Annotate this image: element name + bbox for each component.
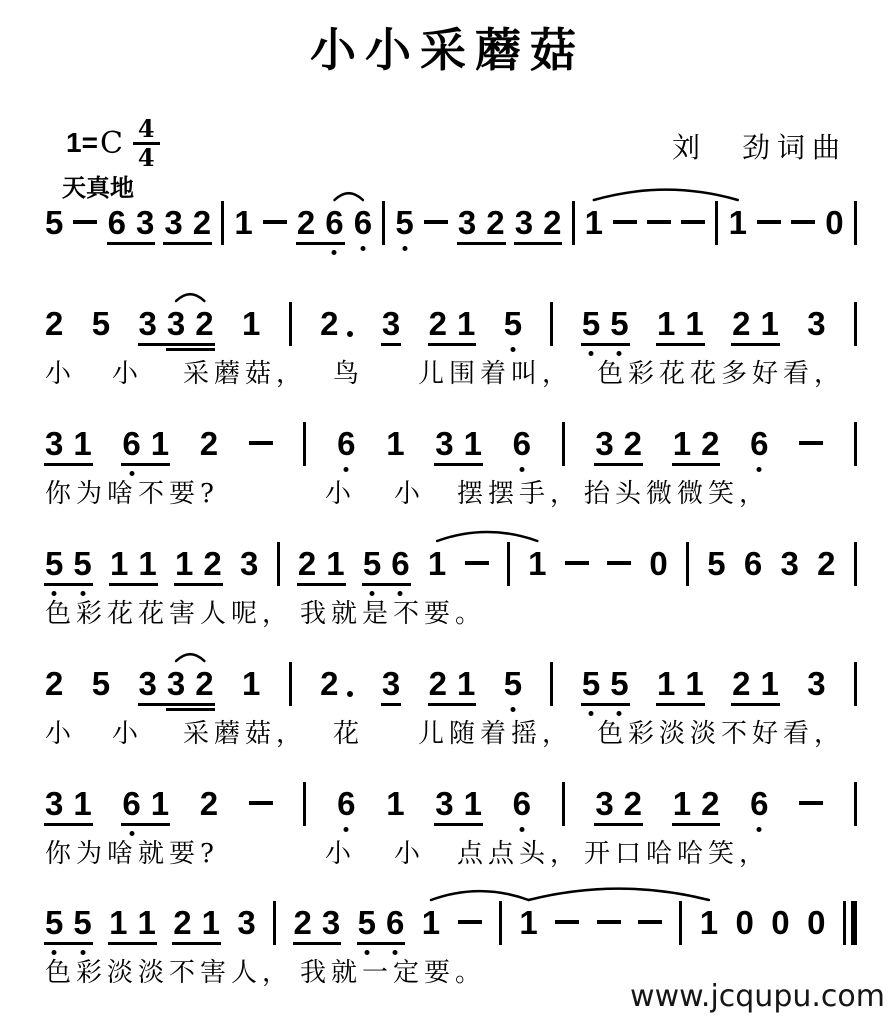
barline [289, 662, 292, 706]
lyric-segment: 开口哈哈笑， [584, 833, 770, 870]
note-digit: 3 [136, 206, 154, 239]
duration-dash [757, 220, 781, 224]
beamed-note-group: 56 [363, 547, 410, 580]
note-5: 5 [363, 547, 381, 580]
barline [303, 422, 306, 466]
note-0: 0 [649, 547, 667, 580]
note-3: 3 [515, 206, 533, 239]
note-digit: 1 [464, 787, 482, 820]
note-5: 5 [395, 206, 413, 239]
tempo-marking: 天真地 [62, 168, 134, 203]
note-1: 1 [673, 427, 691, 460]
lyric-segment: 小 [325, 473, 356, 510]
music-line-7: 55112132356111000 [45, 906, 857, 945]
note-digit: 3 [237, 906, 255, 939]
note-3: 3 [382, 307, 400, 340]
note-digit: 3 [807, 307, 825, 340]
barline [499, 901, 502, 945]
note-1: 1 [685, 307, 703, 340]
lyric-segment: 抬头微微笑， [584, 473, 770, 510]
composer-credit: 刘 劲词曲 [672, 126, 847, 166]
note-3: 3 [45, 787, 63, 820]
note-1: 1 [464, 787, 482, 820]
note-1: 1 [428, 547, 446, 580]
note-digit: 3 [382, 667, 400, 700]
lyric-segment: 色彩淡淡不害人， [45, 952, 293, 989]
note-2: 2 [732, 667, 750, 700]
duration-dash [249, 441, 273, 445]
note-2: 2 [624, 427, 642, 460]
note-1: 1 [242, 667, 260, 700]
note-digit: 5 [45, 906, 63, 939]
note-1: 1 [234, 206, 252, 239]
note-2: 2 [320, 307, 353, 340]
lyric-segment: 儿随着摇， [418, 713, 573, 750]
note-digit: 2 [294, 906, 312, 939]
note-digit: 0 [771, 906, 789, 939]
note-digit: 6 [391, 547, 409, 580]
note-digit: 0 [649, 547, 667, 580]
note-3: 3 [322, 906, 340, 939]
barline [679, 901, 682, 945]
note-5: 5 [45, 206, 63, 239]
note-2: 2 [193, 206, 211, 239]
note-digit: 2 [45, 307, 63, 340]
note-digit: 6 [337, 787, 355, 820]
beamed-note-group: 32 [164, 206, 211, 239]
barline [382, 201, 385, 245]
note-3: 3 [240, 547, 258, 580]
beamed-note-group: 55 [582, 667, 629, 700]
note-1: 1 [326, 547, 344, 580]
note-digit: 2 [701, 787, 719, 820]
note-digit: 3 [240, 547, 258, 580]
note-2: 2 [173, 906, 191, 939]
lyric-segment: 色彩花花多好看， [597, 353, 845, 390]
tie-arc [176, 654, 204, 661]
barline [550, 662, 553, 706]
duration-dash [681, 220, 705, 224]
note-digit: 5 [504, 307, 522, 340]
final-barline-thin [843, 901, 846, 945]
beamed-note-group: 26 [297, 206, 344, 239]
lyric-segment: 小 [112, 713, 143, 750]
beamed-note-group: 32 [595, 427, 642, 460]
barline [273, 901, 276, 945]
barline [277, 542, 280, 586]
note-digit: 5 [73, 906, 91, 939]
duration-dash [565, 561, 589, 565]
note-6: 6 [337, 787, 355, 820]
lyric-segment: 儿围着叫， [418, 353, 573, 390]
note-1: 1 [685, 667, 703, 700]
beamed-note-group: 55 [45, 547, 92, 580]
sixteenth-sub-group: 32 [167, 307, 214, 340]
note-digit: 5 [92, 307, 110, 340]
note-digit: 2 [195, 667, 213, 700]
note-digit: 3 [435, 787, 453, 820]
note-1: 1 [151, 427, 169, 460]
beamed-note-group: 11 [657, 667, 704, 700]
lyric-segment: 你为啥就要? [45, 833, 219, 870]
beamed-note-group: 11 [110, 547, 157, 580]
duration-dash [458, 920, 482, 924]
key-prefix: 1= [66, 127, 98, 159]
note-2: 2 [701, 427, 719, 460]
note-5: 5 [73, 547, 91, 580]
note-2: 2 [543, 206, 561, 239]
music-line-1: 56332126653232110 [45, 206, 857, 245]
music-line-3: 316126131632126 [45, 427, 857, 466]
note-5: 5 [73, 906, 91, 939]
duration-dash [465, 561, 489, 565]
note-6: 6 [354, 206, 372, 239]
note-6: 6 [513, 787, 531, 820]
lyric-segment: 小 [394, 473, 425, 510]
note-digit: 2 [320, 667, 338, 700]
note-3: 3 [382, 667, 400, 700]
beamed-note-group: 32 [595, 787, 642, 820]
note-digit: 2 [701, 427, 719, 460]
note-5: 5 [582, 667, 600, 700]
lyric-segment: 色彩花花害人呢， [45, 593, 293, 630]
duration-dash [647, 220, 671, 224]
note-3: 3 [139, 307, 157, 340]
beamed-note-group: 12 [673, 427, 720, 460]
note-6: 6 [386, 906, 404, 939]
note-digit: 1 [138, 547, 156, 580]
barline [289, 302, 292, 346]
note-digit: 1 [151, 787, 169, 820]
note-3: 3 [595, 427, 613, 460]
duration-dash [73, 220, 97, 224]
note-5: 5 [45, 547, 63, 580]
note-6: 6 [122, 787, 140, 820]
note-3: 3 [164, 206, 182, 239]
beamed-note-group: 56 [358, 906, 405, 939]
lyric-segment: 我就是不要。 [300, 593, 486, 630]
note-digit: 2 [200, 427, 218, 460]
note-3: 3 [45, 427, 63, 460]
note-digit: 3 [45, 787, 63, 820]
lyric-segment: 小 [45, 713, 76, 750]
note-digit: 3 [382, 307, 400, 340]
note-digit: 5 [582, 667, 600, 700]
note-digit: 2 [298, 547, 316, 580]
augmentation-dot [347, 331, 353, 337]
note-digit: 1 [760, 307, 778, 340]
note-1: 1 [386, 427, 404, 460]
note-1: 1 [657, 667, 675, 700]
lyric-segment: 采蘑菇， [183, 713, 307, 750]
note-digit: 1 [110, 547, 128, 580]
time-signature: 4 4 [133, 116, 160, 171]
note-6: 6 [750, 427, 768, 460]
beamed-note-group: 12 [175, 547, 222, 580]
note-digit: 2 [486, 206, 504, 239]
note-digit: 3 [164, 206, 182, 239]
beamed-note-group: 332 [139, 307, 214, 340]
note-2: 2 [320, 667, 353, 700]
music-line-5: 253321232155511213 [45, 667, 857, 706]
beamed-note-group: 31 [45, 427, 92, 460]
note-digit: 2 [732, 667, 750, 700]
note-digit: 1 [519, 906, 537, 939]
note-1: 1 [242, 307, 260, 340]
note-digit: 1 [428, 547, 446, 580]
beamed-note-group: 332 [139, 667, 214, 700]
low-octave-dot [519, 467, 524, 472]
barline [507, 542, 510, 586]
note-digit: 5 [582, 307, 600, 340]
note-5: 5 [358, 906, 376, 939]
note-digit: 2 [203, 547, 221, 580]
low-octave-dot [402, 246, 407, 251]
tie-arc [431, 891, 529, 900]
note-1: 1 [73, 787, 91, 820]
note-3: 3 [807, 667, 825, 700]
tie-arc [529, 889, 709, 900]
note-digit: 6 [513, 787, 531, 820]
note-1: 1 [700, 906, 718, 939]
note-3: 3 [458, 206, 476, 239]
low-octave-dot [360, 246, 365, 251]
low-octave-dot [519, 827, 524, 832]
time-signature-numerator: 4 [133, 116, 160, 145]
lyric-segment: 采蘑菇， [183, 353, 307, 390]
note-6: 6 [108, 206, 126, 239]
beamed-note-group: 32 [515, 206, 562, 239]
lyric-segment: 点点头， [457, 833, 581, 870]
note-1: 1 [673, 787, 691, 820]
note-digit: 1 [685, 667, 703, 700]
note-digit: 2 [543, 206, 561, 239]
duration-dash [424, 220, 448, 224]
note-digit: 5 [707, 547, 725, 580]
note-digit: 1 [729, 206, 747, 239]
lyric-segment: 摆摆手， [457, 473, 581, 510]
note-digit: 3 [595, 787, 613, 820]
note-digit: 2 [732, 307, 750, 340]
note-digit: 3 [167, 307, 185, 340]
note-6: 6 [337, 427, 355, 460]
note-2: 2 [732, 307, 750, 340]
barline [854, 542, 857, 586]
barline [550, 302, 553, 346]
low-octave-dot [510, 347, 515, 352]
note-2: 2 [45, 307, 63, 340]
lyrics-line-5: 小小采蘑菇，花儿随着摇，色彩淡淡不好看， [0, 713, 895, 747]
note-digit: 1 [386, 427, 404, 460]
note-digit: 5 [610, 667, 628, 700]
note-3: 3 [167, 307, 185, 340]
augmentation-dot [347, 691, 353, 697]
beamed-note-group: 21 [429, 667, 476, 700]
note-digit: 2 [817, 547, 835, 580]
note-digit: 1 [657, 667, 675, 700]
note-digit: 2 [320, 307, 338, 340]
duration-dash [249, 801, 273, 805]
note-3: 3 [807, 307, 825, 340]
note-digit: 5 [45, 547, 63, 580]
barline [572, 201, 575, 245]
duration-dash [597, 920, 621, 924]
note-3: 3 [595, 787, 613, 820]
note-digit: 2 [429, 667, 447, 700]
note-digit: 1 [700, 906, 718, 939]
note-2: 2 [298, 547, 316, 580]
barline [854, 662, 857, 706]
barline [686, 542, 689, 586]
final-barline [843, 901, 857, 945]
music-line-6: 316126131632126 [45, 787, 857, 826]
beamed-note-group: 11 [657, 307, 704, 340]
note-digit: 1 [457, 307, 475, 340]
beamed-note-group: 21 [173, 906, 220, 939]
note-2: 2 [45, 667, 63, 700]
note-digit: 1 [585, 206, 603, 239]
note-digit: 6 [513, 427, 531, 460]
note-digit: 2 [624, 427, 642, 460]
duration-dash [791, 220, 815, 224]
lyric-segment: 我就一定要。 [300, 952, 486, 989]
low-octave-dot [332, 250, 337, 255]
beamed-note-group: 21 [732, 667, 779, 700]
note-5: 5 [610, 667, 628, 700]
note-1: 1 [760, 667, 778, 700]
note-1: 1 [151, 787, 169, 820]
note-digit: 1 [657, 307, 675, 340]
beamed-note-group: 32 [458, 206, 505, 239]
note-digit: 6 [325, 206, 343, 239]
lyric-segment: 小 [394, 833, 425, 870]
note-digit: 1 [457, 667, 475, 700]
beamed-note-group: 55 [582, 307, 629, 340]
low-octave-dot [344, 467, 349, 472]
music-line-2: 253321232155511213 [45, 307, 857, 346]
lyric-segment: 小 [45, 353, 76, 390]
note-digit: 3 [807, 667, 825, 700]
lyric-segment: 鸟 [333, 353, 364, 390]
song-title: 小小采蘑菇 [0, 14, 895, 80]
note-1: 1 [729, 206, 747, 239]
note-digit: 5 [395, 206, 413, 239]
note-digit: 6 [122, 787, 140, 820]
note-digit: 3 [322, 906, 340, 939]
tie-arc [594, 190, 738, 200]
note-digit: 6 [122, 427, 140, 460]
note-digit: 1 [386, 787, 404, 820]
note-2: 2 [195, 667, 213, 700]
note-digit: 2 [297, 206, 315, 239]
note-digit: 3 [167, 667, 185, 700]
lyric-segment: 你为啥不要? [45, 473, 219, 510]
note-2: 2 [429, 667, 447, 700]
note-3: 3 [136, 206, 154, 239]
lyrics-line-6: 你为啥就要?小小点点头，开口哈哈笑， [0, 833, 895, 867]
note-2: 2 [200, 427, 218, 460]
note-digit: 5 [363, 547, 381, 580]
beamed-note-group: 12 [673, 787, 720, 820]
low-octave-dot [757, 827, 762, 832]
note-5: 5 [504, 667, 522, 700]
note-digit: 2 [429, 307, 447, 340]
note-0: 0 [825, 206, 843, 239]
duration-dash [638, 920, 662, 924]
note-5: 5 [610, 307, 628, 340]
lyric-segment: 小 [112, 353, 143, 390]
note-2: 2 [701, 787, 719, 820]
duration-dash [799, 441, 823, 445]
note-6: 6 [513, 427, 531, 460]
beamed-note-group: 31 [435, 427, 482, 460]
note-1: 1 [202, 906, 220, 939]
note-digit: 1 [326, 547, 344, 580]
note-digit: 5 [92, 667, 110, 700]
time-signature-denominator: 4 [133, 145, 160, 171]
tie-arc [334, 193, 362, 200]
note-digit: 6 [750, 787, 768, 820]
note-digit: 1 [760, 667, 778, 700]
note-digit: 3 [45, 427, 63, 460]
note-3: 3 [435, 787, 453, 820]
note-0: 0 [771, 906, 789, 939]
note-digit: 2 [45, 667, 63, 700]
note-2: 2 [203, 547, 221, 580]
beamed-note-group: 11 [109, 906, 156, 939]
note-digit: 6 [750, 427, 768, 460]
barline [562, 782, 565, 826]
barline [562, 422, 565, 466]
barline [854, 302, 857, 346]
note-5: 5 [92, 307, 110, 340]
note-3: 3 [781, 547, 799, 580]
note-1: 1 [519, 906, 537, 939]
note-digit: 1 [137, 906, 155, 939]
note-digit: 2 [200, 787, 218, 820]
beamed-note-group: 31 [45, 787, 92, 820]
note-digit: 1 [175, 547, 193, 580]
note-6: 6 [391, 547, 409, 580]
note-digit: 2 [195, 307, 213, 340]
note-digit: 3 [139, 667, 157, 700]
note-3: 3 [435, 427, 453, 460]
note-digit: 5 [358, 906, 376, 939]
note-digit: 3 [458, 206, 476, 239]
note-digit: 1 [673, 787, 691, 820]
sixteenth-sub-group: 32 [167, 667, 214, 700]
duration-dash [799, 801, 823, 805]
note-digit: 1 [673, 427, 691, 460]
note-digit: 6 [108, 206, 126, 239]
beamed-note-group: 63 [108, 206, 155, 239]
note-1: 1 [760, 307, 778, 340]
note-1: 1 [457, 307, 475, 340]
note-digit: 1 [242, 667, 260, 700]
note-digit: 5 [73, 547, 91, 580]
note-digit: 1 [151, 427, 169, 460]
note-1: 1 [464, 427, 482, 460]
note-3: 3 [139, 667, 157, 700]
barline [221, 201, 224, 245]
note-digit: 3 [781, 547, 799, 580]
duration-dash [613, 220, 637, 224]
note-digit: 3 [435, 427, 453, 460]
barline [854, 201, 857, 245]
note-digit: 1 [109, 906, 127, 939]
note-digit: 3 [515, 206, 533, 239]
note-digit: 0 [807, 906, 825, 939]
